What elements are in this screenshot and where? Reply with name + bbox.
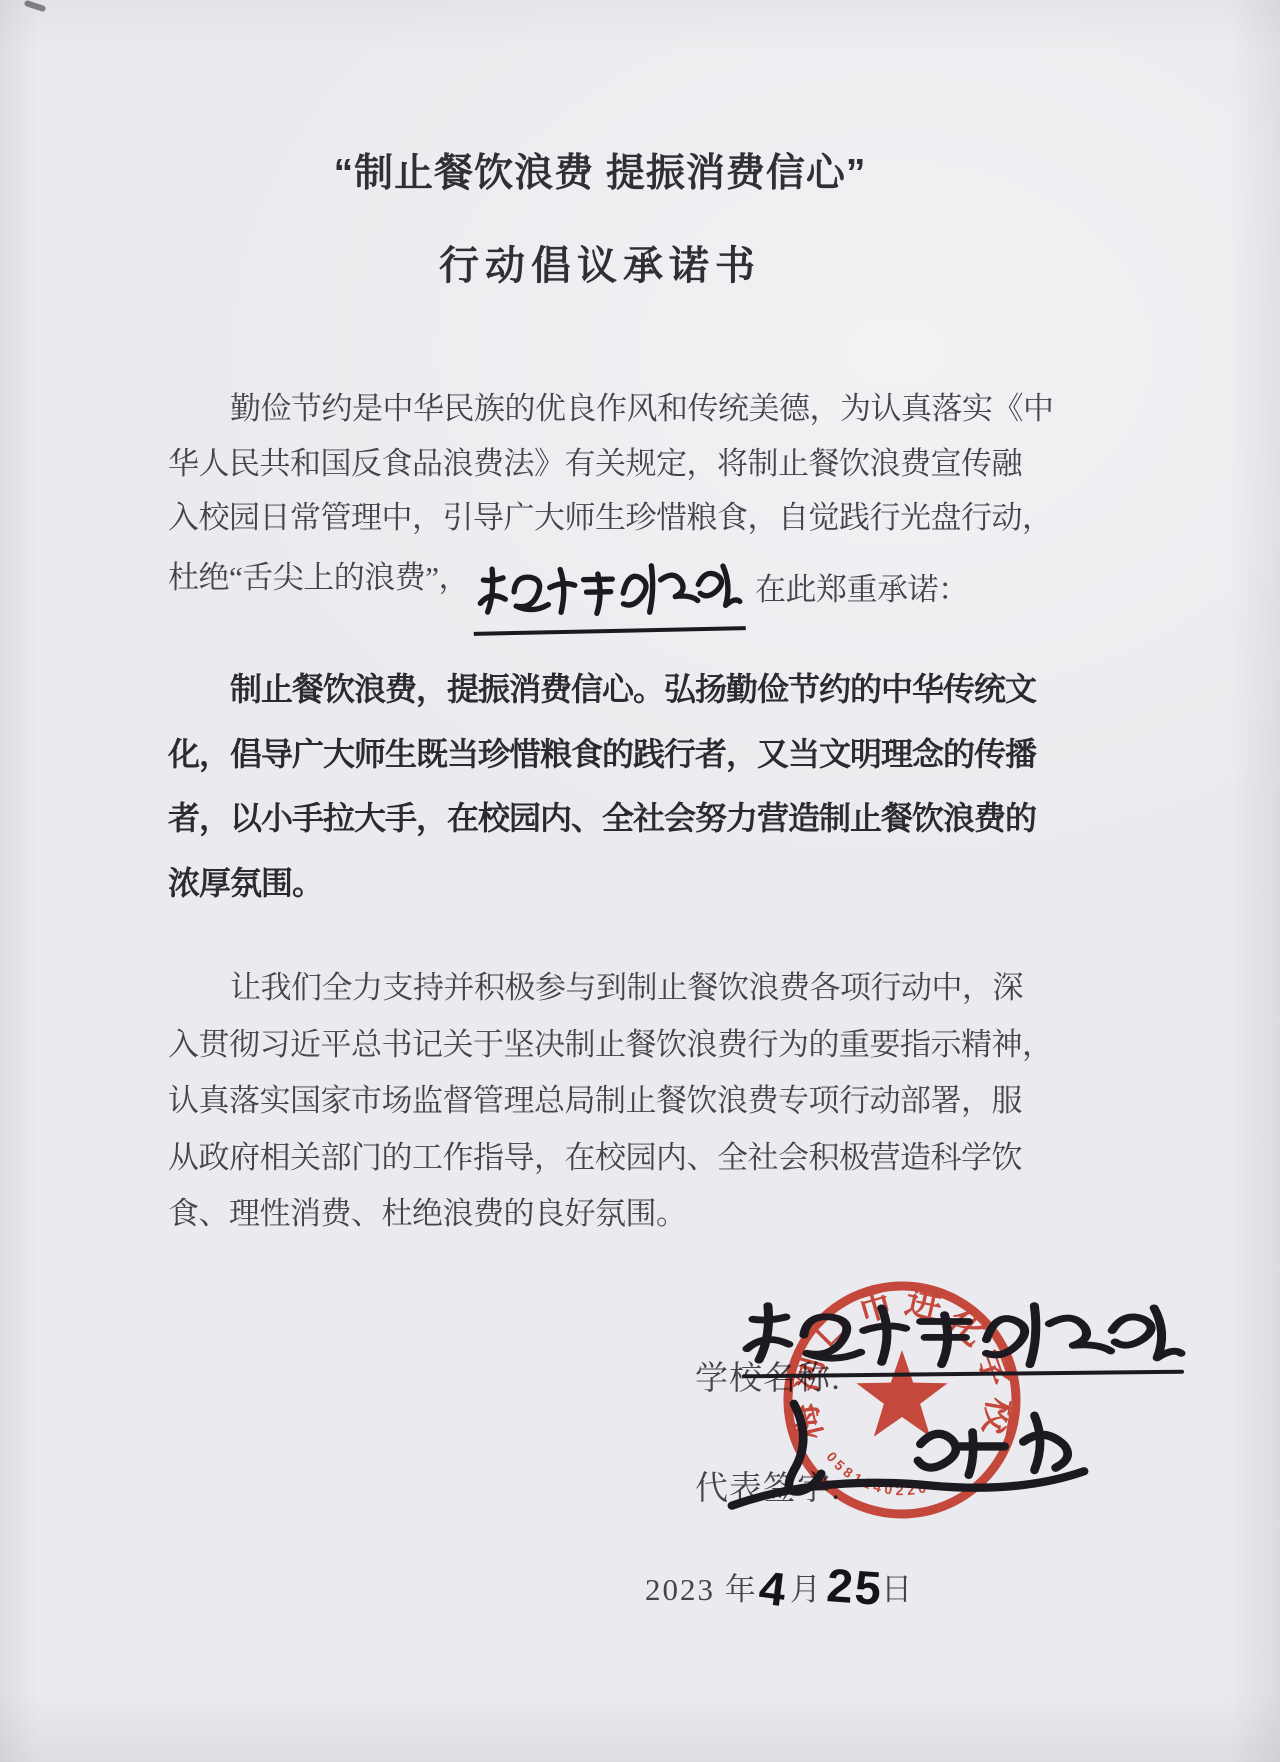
- paragraph-line: 制止餐饮浪费，提振消费信心。弘扬勤俭节约的中华传统文: [168, 673, 1036, 705]
- scanned-pledge-document: “制止餐饮浪费 提振消费信心” 行动倡议承诺书 勤俭节约是中华民族的优良作风和传…: [0, 0, 1280, 1762]
- date-day-handwritten: 25: [825, 1561, 884, 1612]
- paragraph-line: 华人民共和国反食品浪费法》有关规定，将制止餐饮浪费宣传融: [168, 448, 1022, 479]
- paragraph-line: 从政府相关部门的工作指导，在校园内、全社会积极营造科学饮: [168, 1142, 1022, 1173]
- promise-suffix: 在此郑重承诺：: [755, 572, 969, 607]
- scan-artifact: [24, 0, 47, 12]
- date-line: 2023 年4月25日: [645, 1560, 914, 1609]
- paragraph-line: 认真落实国家市场监督管理总局制止餐饮浪费专项行动部署，服: [168, 1085, 1022, 1116]
- school-name-handwriting-inline: [472, 553, 746, 636]
- title-line-2: 行动倡议承诺书: [0, 234, 1200, 291]
- pledge-paragraph-3: 让我们全力支持并积极参与到制止餐饮浪费各项行动中，深 入贯彻习近平总书记关于坚决…: [168, 972, 1048, 1252]
- representative-signature-handwriting: [722, 1392, 1094, 1534]
- paragraph-line: 杜绝“舌尖上的浪费”，在此郑重承诺：: [168, 556, 969, 633]
- paragraph-line-text: 杜绝“舌尖上的浪费”，: [168, 560, 469, 595]
- pledge-paragraph-2-bold: 制止餐饮浪费，提振消费信心。弘扬勤俭节约的中华传统文 化，倡导广大师生既当珍惜粮…: [168, 673, 1048, 903]
- paragraph-line: 让我们全力支持并积极参与到制止餐饮浪费各项行动中，深: [168, 972, 1023, 1003]
- paragraph-line: 者，以小手拉大手，在校园内、全社会努力营造制止餐饮浪费的: [168, 802, 1036, 834]
- paragraph-line: 食、理性消费、杜绝浪费的良好氛围。: [168, 1198, 687, 1229]
- date-day-label: 日: [881, 1572, 914, 1607]
- paragraph-line: 入贯彻习近平总书记关于坚决制止餐饮浪费行为的重要指示精神，: [168, 1029, 1053, 1060]
- paragraph-line: 化，倡导广大师生既当珍惜粮食的践行者，又当文明理念的传播: [168, 738, 1036, 770]
- paragraph-line: 浓厚氛围。: [168, 867, 323, 899]
- paragraph-line: 勤俭节约是中华民族的优良作风和传统美德，为认真落实《中: [168, 393, 1054, 424]
- school-name-handwriting: [735, 1292, 1190, 1376]
- school-name-handwriting-strokes: [472, 553, 745, 625]
- date-month-handwritten: 4: [756, 1563, 790, 1613]
- date-month-label: 月: [790, 1572, 823, 1607]
- title-line-1: “制止餐饮浪费 提振消费信心”: [0, 142, 1200, 198]
- paragraph-line: 入校园日常管理中，引导广大师生珍惜粮食，自觉践行光盘行动，: [168, 502, 1053, 533]
- pledge-paragraph-1: 勤俭节约是中华民族的优良作风和传统美德，为认真落实《中 华人民共和国反食品浪费法…: [168, 393, 1048, 623]
- date-year: 2023 年: [645, 1572, 758, 1607]
